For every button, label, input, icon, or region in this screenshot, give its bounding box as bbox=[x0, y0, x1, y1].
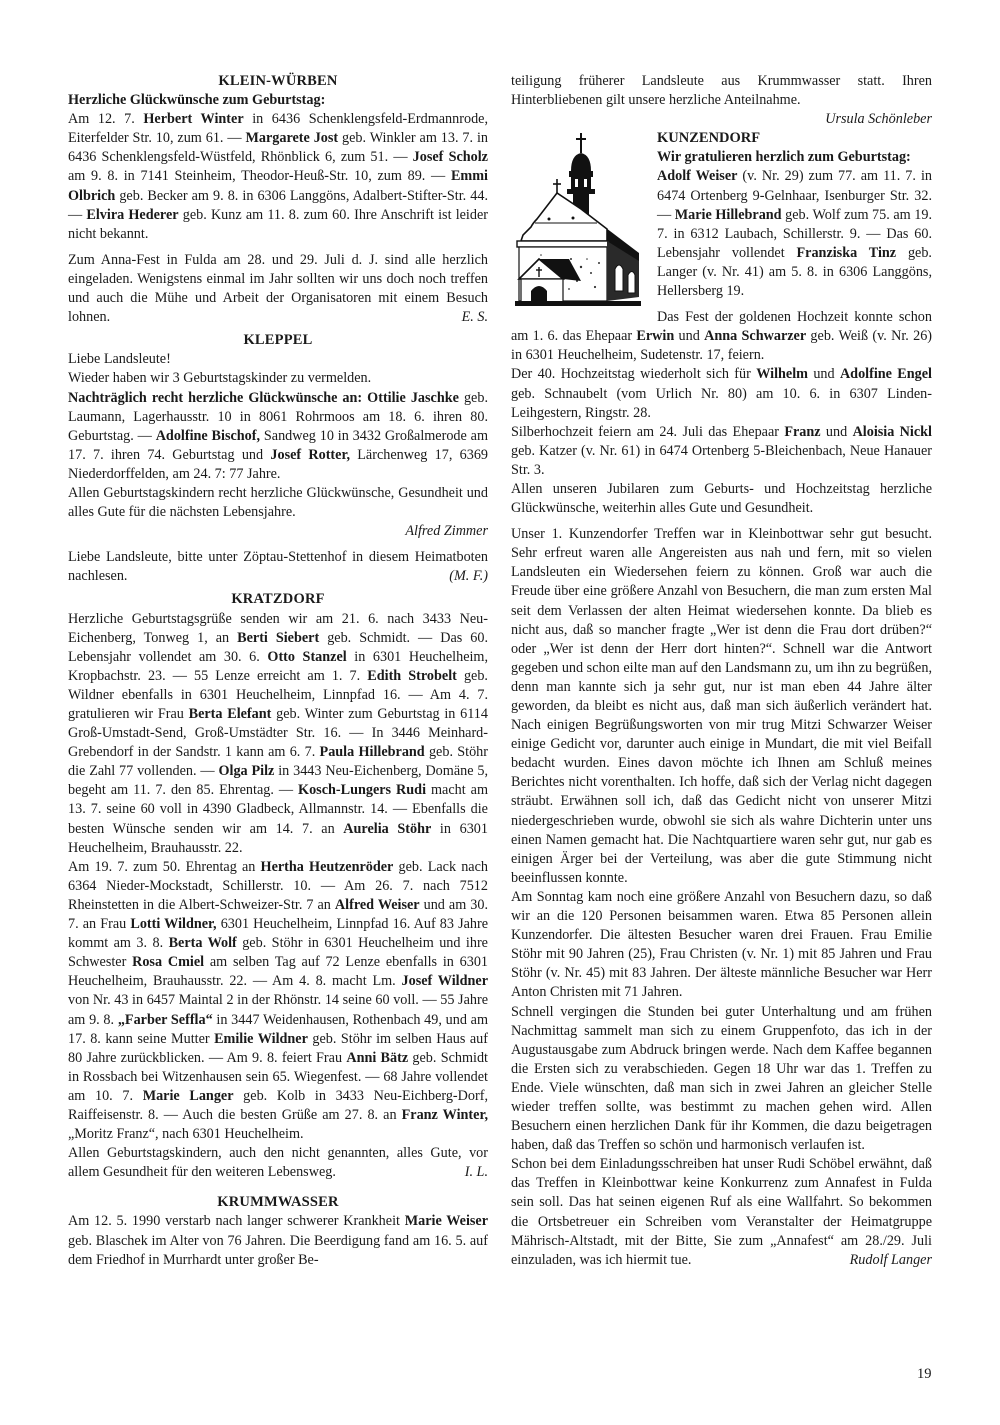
person-name: Franz bbox=[784, 424, 820, 440]
signature: E. S. bbox=[462, 308, 488, 327]
left-column: KLEIN-WÜRBEN Herzliche Glückwünsche zum … bbox=[68, 72, 488, 1270]
birthday-list-paragraph: Nachträglich recht herzliche Glückwünsch… bbox=[68, 389, 488, 484]
person-name: Emmi Olbrich bbox=[68, 168, 488, 203]
section-kratzdorf: KRATZDORF Herzliche Geburtstagsgrüße sen… bbox=[68, 590, 488, 1182]
person-name: Edith Strobelt bbox=[367, 668, 457, 684]
section-heading: KRUMMWASSER bbox=[68, 1193, 488, 1212]
section-kleppel: KLEPPEL Liebe Landsleute! Wieder haben w… bbox=[68, 331, 488, 586]
person-name: Kosch-Lungers Rudi bbox=[298, 782, 426, 798]
birthday-list-paragraph: Am 12. 7. Herbert Winter in 6436 Schenkl… bbox=[68, 110, 488, 244]
person-name: Berta Elefant bbox=[189, 706, 272, 722]
silver-wedding-paragraph: Silberhochzeit feiern am 24. Juli das Eh… bbox=[511, 423, 932, 480]
person-name: Paula Hillebrand bbox=[320, 744, 425, 760]
wishes-paragraph: Allen Geburtstagskindern recht herzliche… bbox=[68, 484, 488, 522]
section-heading: KRATZDORF bbox=[68, 590, 488, 609]
church-drawing-icon bbox=[511, 131, 647, 307]
person-name: Marie Weiser bbox=[405, 1213, 488, 1229]
person-name: Rosa Cmiel bbox=[132, 954, 204, 970]
greeting: Liebe Landsleute! bbox=[68, 350, 488, 369]
person-name: Erwin bbox=[636, 328, 674, 344]
section-subheading: Herzliche Glückwünsche zum Geburtstag: bbox=[68, 91, 488, 110]
right-column: teiligung früherer Landsleute aus Krummw… bbox=[511, 72, 932, 1270]
annafest-paragraph: Schon bei dem Einladungsschreiben hat un… bbox=[511, 1155, 932, 1270]
afternoon-paragraph: Schnell vergingen die Stunden bei guter … bbox=[511, 1003, 932, 1156]
paragraph-text: Liebe Landsleute, bitte unter Zöptau-Ste… bbox=[68, 549, 488, 584]
person-name: Aloisia Nickl bbox=[853, 424, 932, 440]
signature: I. L. bbox=[465, 1163, 488, 1182]
person-name: Anna Schwarzer bbox=[704, 328, 806, 344]
person-name: Franz Winter, bbox=[402, 1107, 488, 1123]
person-name: Berta Wolf bbox=[169, 935, 237, 951]
signature: Ursula Schönleber bbox=[511, 110, 932, 129]
section-kunzendorf: KUNZENDORF Wir gratulieren herzlich zum … bbox=[511, 129, 932, 1270]
person-name: Margarete Jost bbox=[245, 130, 338, 146]
person-name: Marie Langer bbox=[143, 1088, 234, 1104]
person-name: Emilie Wildner bbox=[214, 1031, 308, 1047]
person-name: Josef Rotter, bbox=[270, 447, 350, 463]
page-number: 19 bbox=[917, 1366, 932, 1383]
person-name: Berti Siebert bbox=[237, 630, 319, 646]
paragraph-text: Zum Anna-Fest in Fulda am 28. und 29. Ju… bbox=[68, 252, 488, 325]
person-name: Herbert Winter bbox=[143, 111, 243, 127]
obituary-continued-paragraph: teiligung früherer Landsleute aus Krummw… bbox=[511, 72, 932, 110]
person-name: Wilhelm bbox=[756, 366, 808, 382]
person-name: Josef Scholz bbox=[413, 149, 488, 165]
intro-paragraph: Wieder haben wir 3 Geburtstagskinder zu … bbox=[68, 369, 488, 388]
person-name: „Farber Seffla“ bbox=[118, 1012, 213, 1028]
golden-wedding-paragraph: Das Fest der goldenen Hochzeit konnte sc… bbox=[511, 308, 932, 365]
section-krummwasser-continued: teiligung früherer Landsleute aus Krummw… bbox=[511, 72, 932, 129]
signature: Alfred Zimmer bbox=[68, 522, 488, 541]
person-name: Adolf Weiser bbox=[657, 168, 737, 184]
ruby-wedding-paragraph: Der 40. Hochzeitstag wiederholt sich für… bbox=[511, 365, 932, 422]
signature: (M. F.) bbox=[449, 567, 488, 586]
section-heading: KLEIN-WÜRBEN bbox=[68, 72, 488, 91]
person-name: Lotti Wildner, bbox=[130, 916, 216, 932]
person-name: Anni Bätz bbox=[346, 1050, 408, 1066]
wishes-paragraph: Allen unseren Jubilaren zum Geburts- und… bbox=[511, 480, 932, 518]
birthday-list-paragraph-2: Am 19. 7. zum 50. Ehrentag an Hertha Heu… bbox=[68, 858, 488, 1144]
sunday-paragraph: Am Sonntag kam noch eine größere Anzahl … bbox=[511, 888, 932, 1003]
section-klein-wuerben: KLEIN-WÜRBEN Herzliche Glückwünsche zum … bbox=[68, 72, 488, 327]
section-heading: KLEPPEL bbox=[68, 331, 488, 350]
signature: Rudolf Langer bbox=[850, 1251, 932, 1270]
person-name: Elvira Hederer bbox=[86, 207, 178, 223]
person-name: Josef Wildner bbox=[402, 973, 488, 989]
meeting-report-paragraph: Unser 1. Kunzendorfer Treffen war in Kle… bbox=[511, 525, 932, 888]
person-name: Adolfine Engel bbox=[840, 366, 932, 382]
person-name: Olga Pilz bbox=[218, 763, 274, 779]
person-name: Aurelia Stöhr bbox=[343, 821, 431, 837]
wishes-paragraph: Allen Geburtstagskindern, auch den nicht… bbox=[68, 1144, 488, 1182]
church-illustration bbox=[511, 131, 647, 307]
anna-fest-paragraph: Zum Anna-Fest in Fulda am 28. und 29. Ju… bbox=[68, 251, 488, 327]
paragraph-text: Allen Geburtstagskindern, auch den nicht… bbox=[68, 1145, 488, 1180]
person-name: Otto Stanzel bbox=[267, 649, 346, 665]
note-paragraph: Liebe Landsleute, bitte unter Zöptau-Ste… bbox=[68, 548, 488, 586]
person-name: Adolfine Bischof, bbox=[156, 428, 260, 444]
person-name: Marie Hillebrand bbox=[675, 207, 782, 223]
person-name: Alfred Weiser bbox=[335, 897, 420, 913]
person-name: Nachträglich recht herzliche Glückwünsch… bbox=[68, 390, 459, 406]
person-name: Franziska Tinz bbox=[797, 245, 897, 261]
birthday-list-paragraph: Herzliche Geburtstagsgrüße senden wir am… bbox=[68, 610, 488, 858]
obituary-paragraph: Am 12. 5. 1990 verstarb nach langer schw… bbox=[68, 1212, 488, 1269]
section-krummwasser: KRUMMWASSER Am 12. 5. 1990 verstarb nach… bbox=[68, 1193, 488, 1269]
person-name: Hertha Heutzenröder bbox=[261, 859, 394, 875]
